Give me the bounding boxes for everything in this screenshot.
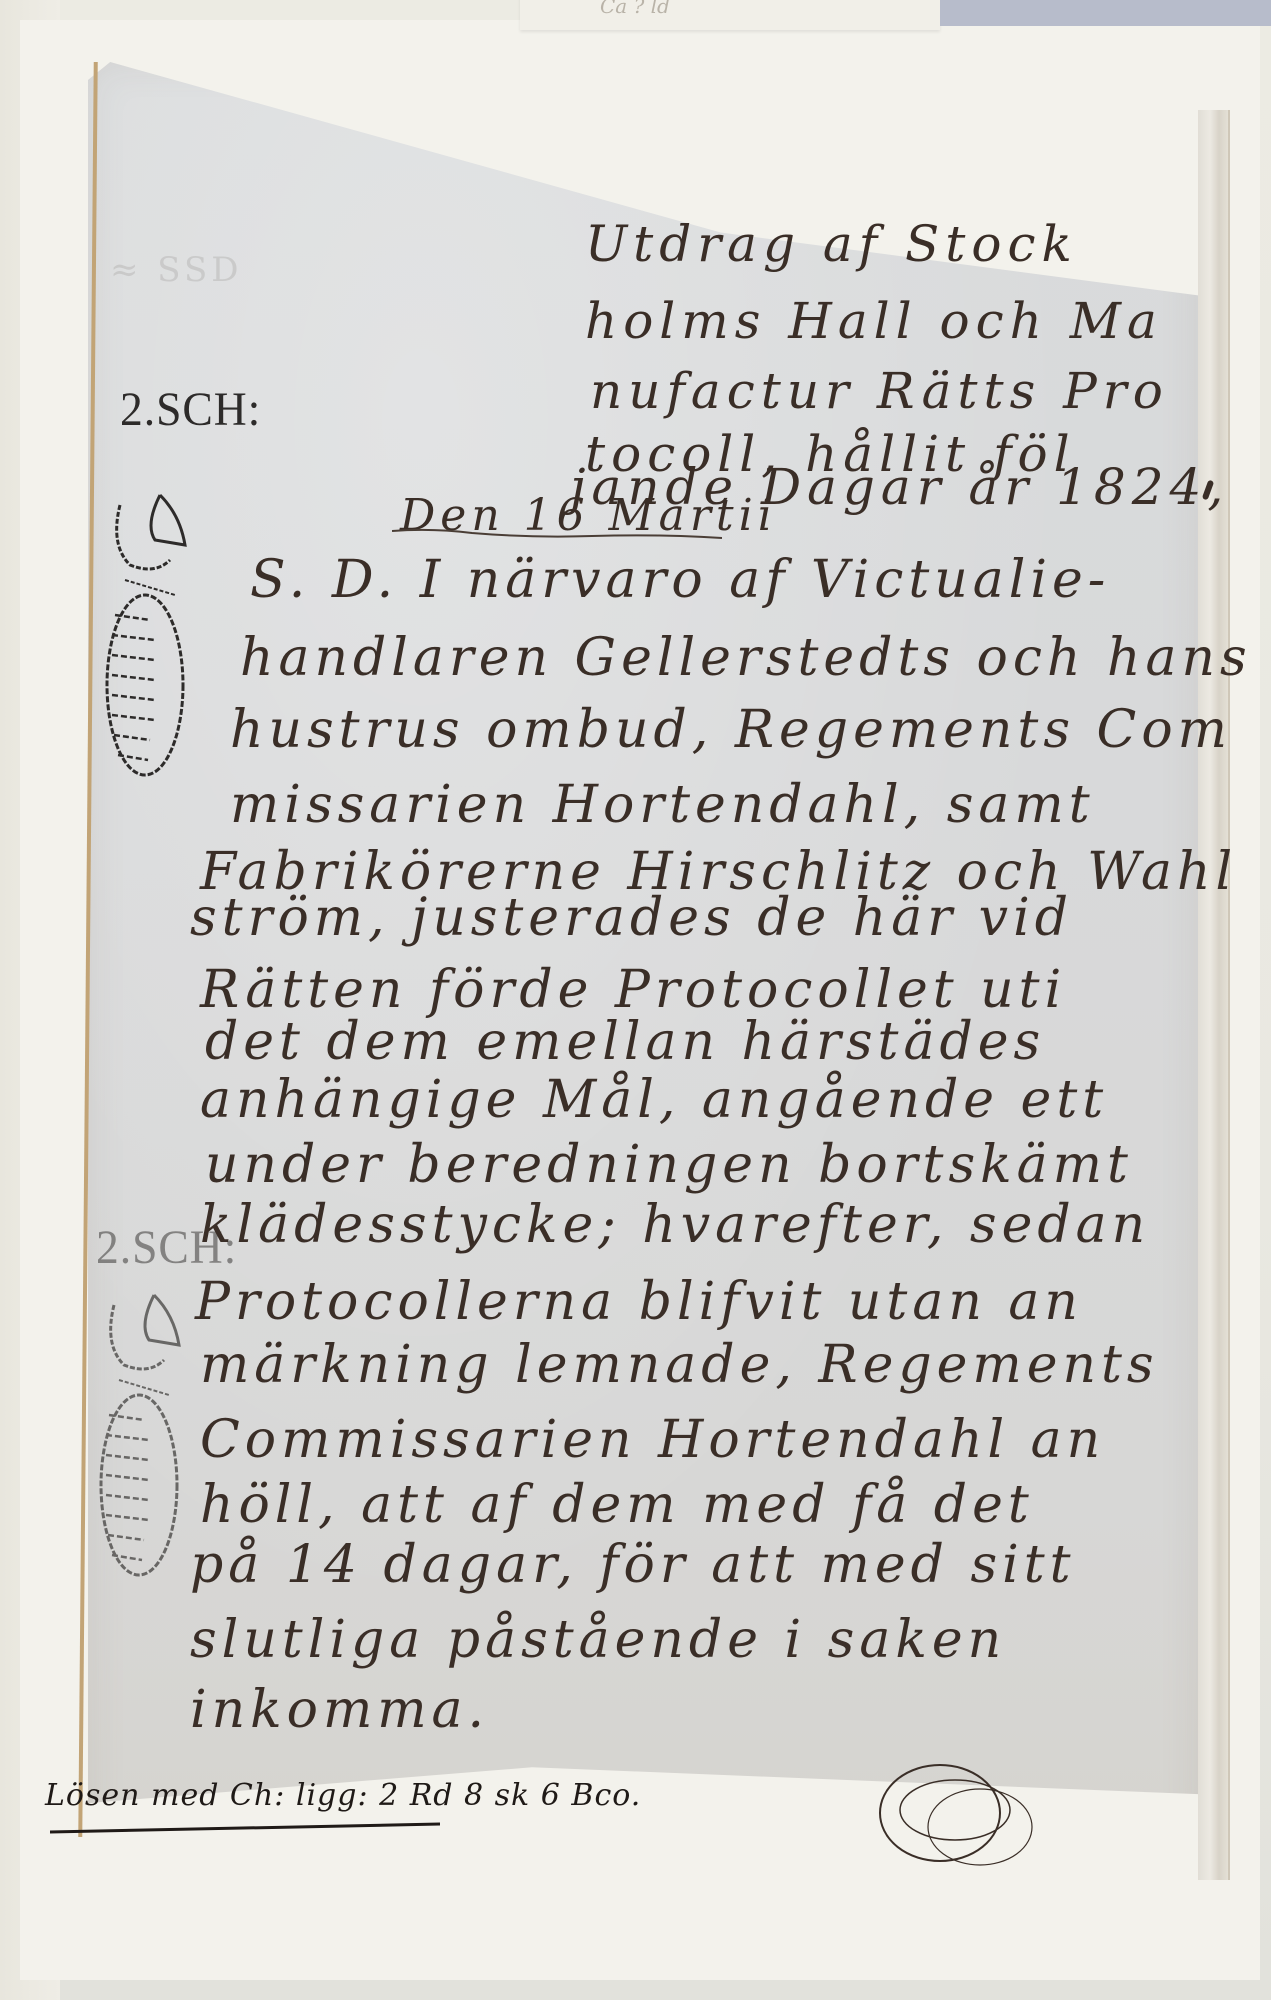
body-line-1: S. D. I närvaro af Victualie- xyxy=(250,550,1110,610)
body-line-13: märkning lemnade, Regements xyxy=(200,1335,1159,1395)
faint-embossed-stamp: ≈ SSD xyxy=(110,250,243,290)
background-sheet: Ca ? ld xyxy=(520,0,940,30)
body-line-14: Commissarien Hortendahl an xyxy=(200,1410,1105,1470)
date-underline-flourish xyxy=(392,528,722,540)
body-line-18: inkomma. xyxy=(190,1680,489,1740)
closing-flourish-icon xyxy=(870,1755,1060,1875)
heading-line-3: nufactur Rätts Pro xyxy=(590,362,1169,420)
heading-line-1: Utdrag af Stock xyxy=(585,215,1078,273)
stamp-duty-mark: 2.SCH: xyxy=(120,382,261,437)
body-line-8: det dem emellan härstädes xyxy=(205,1012,1045,1072)
body-line-9: anhängige Mål, angående ett xyxy=(200,1070,1108,1130)
body-line-16: på 14 dagar, för att med sitt xyxy=(190,1535,1076,1595)
body-line-6: ström, justerades de här vid xyxy=(190,888,1073,948)
page-stack-edge xyxy=(1198,110,1230,1880)
body-line-11: klädesstycke; hvarefter, sedan xyxy=(200,1195,1150,1255)
fee-note: Lösen med Ch: ligg: 2 Rd 8 sk 6 Bco. xyxy=(45,1778,641,1813)
fee-underline xyxy=(50,1822,440,1834)
body-line-15: höll, att af dem med få det xyxy=(200,1475,1034,1535)
body-line-3: hustrus ombud, Regements Com xyxy=(230,700,1232,760)
crowned-seal-stamp-icon xyxy=(100,485,190,785)
background-sheet-script: Ca ? ld xyxy=(600,0,670,18)
body-line-12: Protocollerna blifvit utan an xyxy=(195,1272,1083,1332)
background-blue-strip xyxy=(940,0,1271,26)
body-line-10: under beredningen bortskämt xyxy=(205,1135,1133,1195)
crowned-seal-stamp-faded-icon xyxy=(94,1285,184,1585)
body-line-2: handlaren Gellerstedts och hans xyxy=(240,628,1252,688)
body-line-7: Rätten förde Protocollet uti xyxy=(200,960,1066,1020)
heading-line-2: holms Hall och Ma xyxy=(585,292,1163,350)
body-line-4: missarien Hortendahl, samt xyxy=(230,775,1095,835)
body-line-17: slutliga påstående i saken xyxy=(190,1610,1006,1670)
